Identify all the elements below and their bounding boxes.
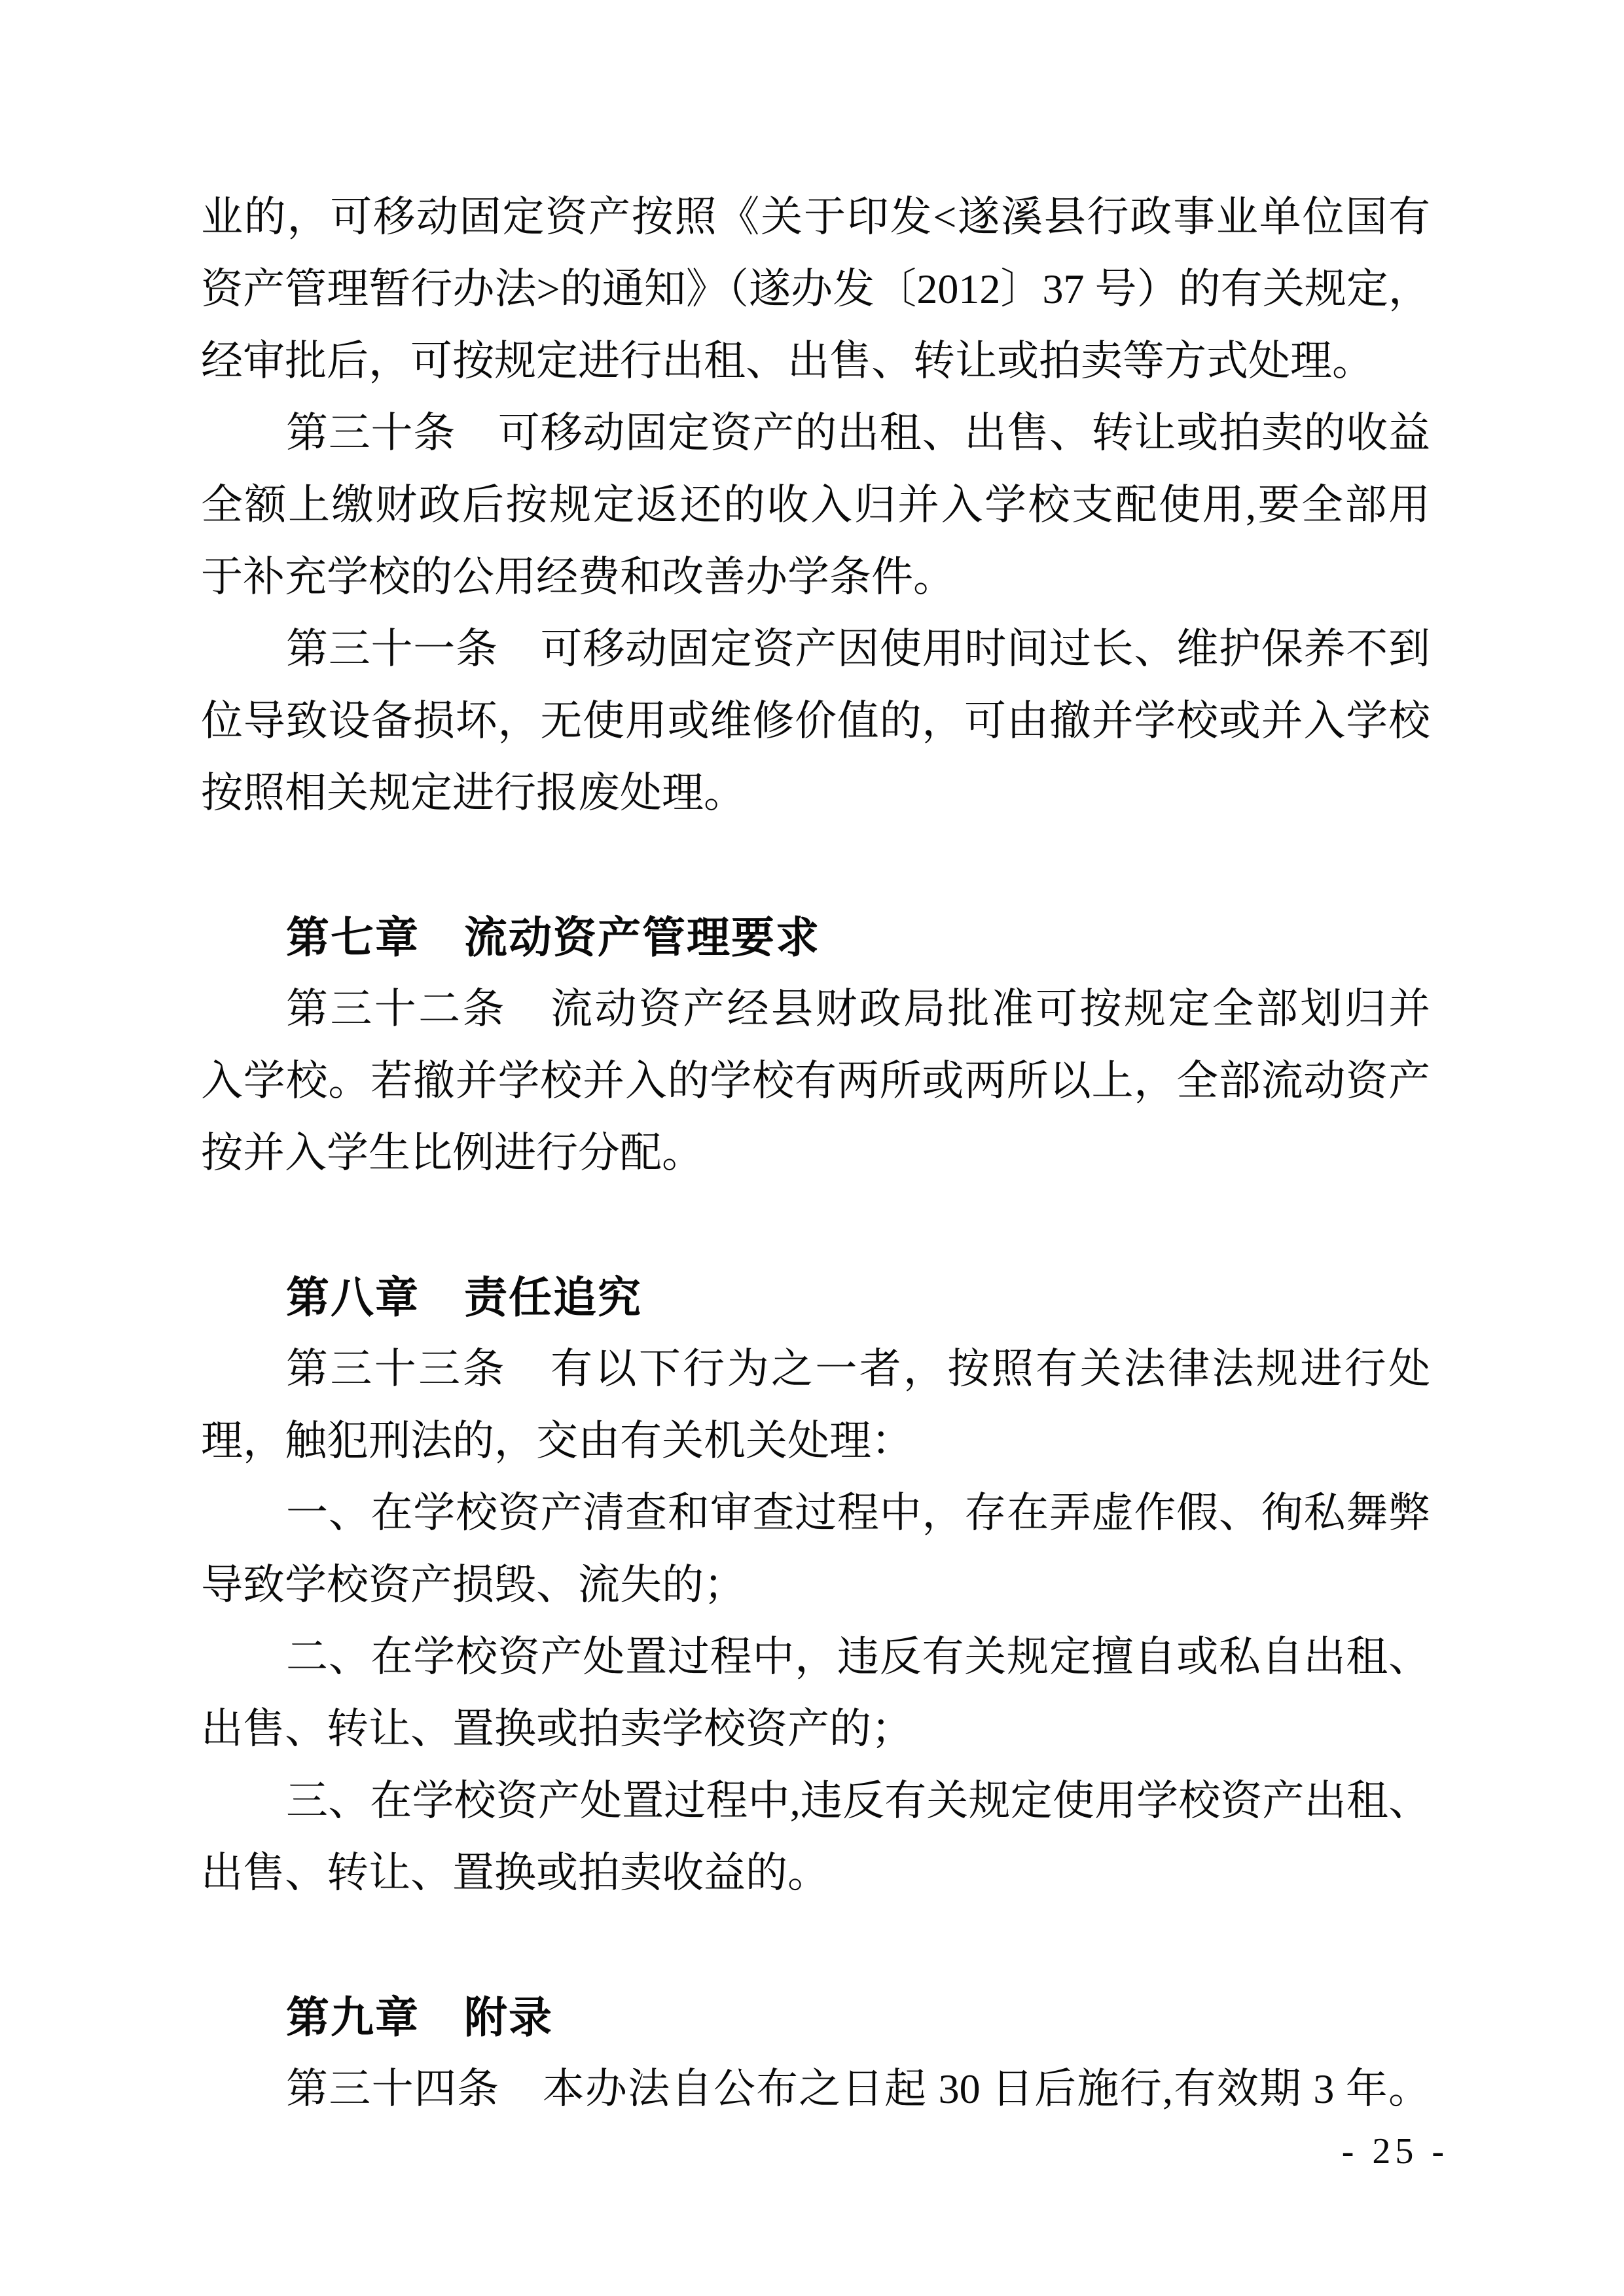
text-line: 一、在学校资产清查和审查过程中，存在弄虚作假、徇私舞弊 — [201, 1477, 1430, 1549]
text-line: 业的，可移动固定资产按照《关于印发<遂溪县行政事业单位国有 — [201, 181, 1430, 253]
blank-line — [201, 829, 1430, 901]
text-line: 出售、转让、置换或拍卖学校资产的； — [201, 1693, 1430, 1765]
text-line: 全额上缴财政后按规定返还的收入归并入学校支配使用,要全部用 — [201, 469, 1430, 541]
text-line: 第三十三条 有以下行为之一者，按照有关法律法规进行处 — [201, 1333, 1430, 1405]
chapter-heading: 第九章 附录 — [201, 1981, 1430, 2053]
text-line: 出售、转让、置换或拍卖收益的。 — [201, 1837, 1430, 1909]
text-line: 按照相关规定进行报废处理。 — [201, 757, 1430, 829]
text-line: 第三十一条 可移动固定资产因使用时间过长、维护保养不到 — [201, 613, 1430, 685]
text-line: 三、在学校资产处置过程中,违反有关规定使用学校资产出租、 — [201, 1765, 1430, 1837]
text-line: 第三十四条 本办法自公布之日起 30 日后施行,有效期 3 年。 — [201, 2053, 1430, 2125]
text-line: 资产管理暂行办法>的通知》（遂办发〔2012〕37 号）的有关规定， — [201, 253, 1430, 325]
text-line: 位导致设备损坏，无使用或维修价值的，可由撤并学校或并入学校 — [201, 685, 1430, 757]
chapter-heading: 第八章 责任追究 — [201, 1261, 1430, 1333]
document-page: { "page": { "number_label": "- 25 -" }, … — [0, 0, 1624, 2296]
text-line: 导致学校资产损毁、流失的； — [201, 1549, 1430, 1621]
document-body: 业的，可移动固定资产按照《关于印发<遂溪县行政事业单位国有资产管理暂行办法>的通… — [201, 181, 1430, 2125]
text-line: 第三十二条 流动资产经县财政局批准可按规定全部划归并 — [201, 973, 1430, 1045]
blank-line — [201, 1909, 1430, 1981]
chapter-heading: 第七章 流动资产管理要求 — [201, 901, 1430, 973]
text-line: 理，触犯刑法的，交由有关机关处理： — [201, 1405, 1430, 1477]
page-number: - 25 - — [1342, 2128, 1449, 2174]
blank-line — [201, 1189, 1430, 1261]
text-line: 第三十条 可移动固定资产的出租、出售、转让或拍卖的收益 — [201, 397, 1430, 469]
text-line: 经审批后，可按规定进行出租、出售、转让或拍卖等方式处理。 — [201, 325, 1430, 397]
text-line: 按并入学生比例进行分配。 — [201, 1117, 1430, 1189]
text-line: 二、在学校资产处置过程中，违反有关规定擅自或私自出租、 — [201, 1621, 1430, 1693]
text-line: 于补充学校的公用经费和改善办学条件。 — [201, 541, 1430, 613]
text-line: 入学校。若撤并学校并入的学校有两所或两所以上，全部流动资产 — [201, 1045, 1430, 1117]
